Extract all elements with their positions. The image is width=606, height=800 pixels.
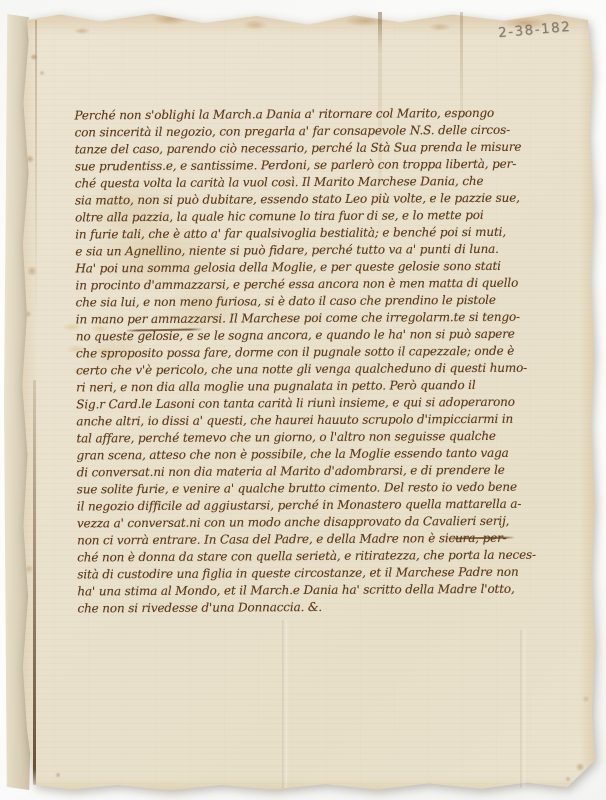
manuscript-line: che non si rivedesse d'una Donnaccia. &. bbox=[77, 598, 547, 618]
manuscript-line: certo che v'è pericolo, che una notte gl… bbox=[76, 360, 546, 380]
manuscript-text-block: Perché non s'oblighi la March.a Dania a'… bbox=[74, 105, 547, 618]
scanned-manuscript-page: 2-38-182 Perché non s'oblighi la March.a… bbox=[0, 0, 606, 800]
manuscript-line: ha' una stima al Mondo, et il March.e Da… bbox=[77, 581, 547, 601]
